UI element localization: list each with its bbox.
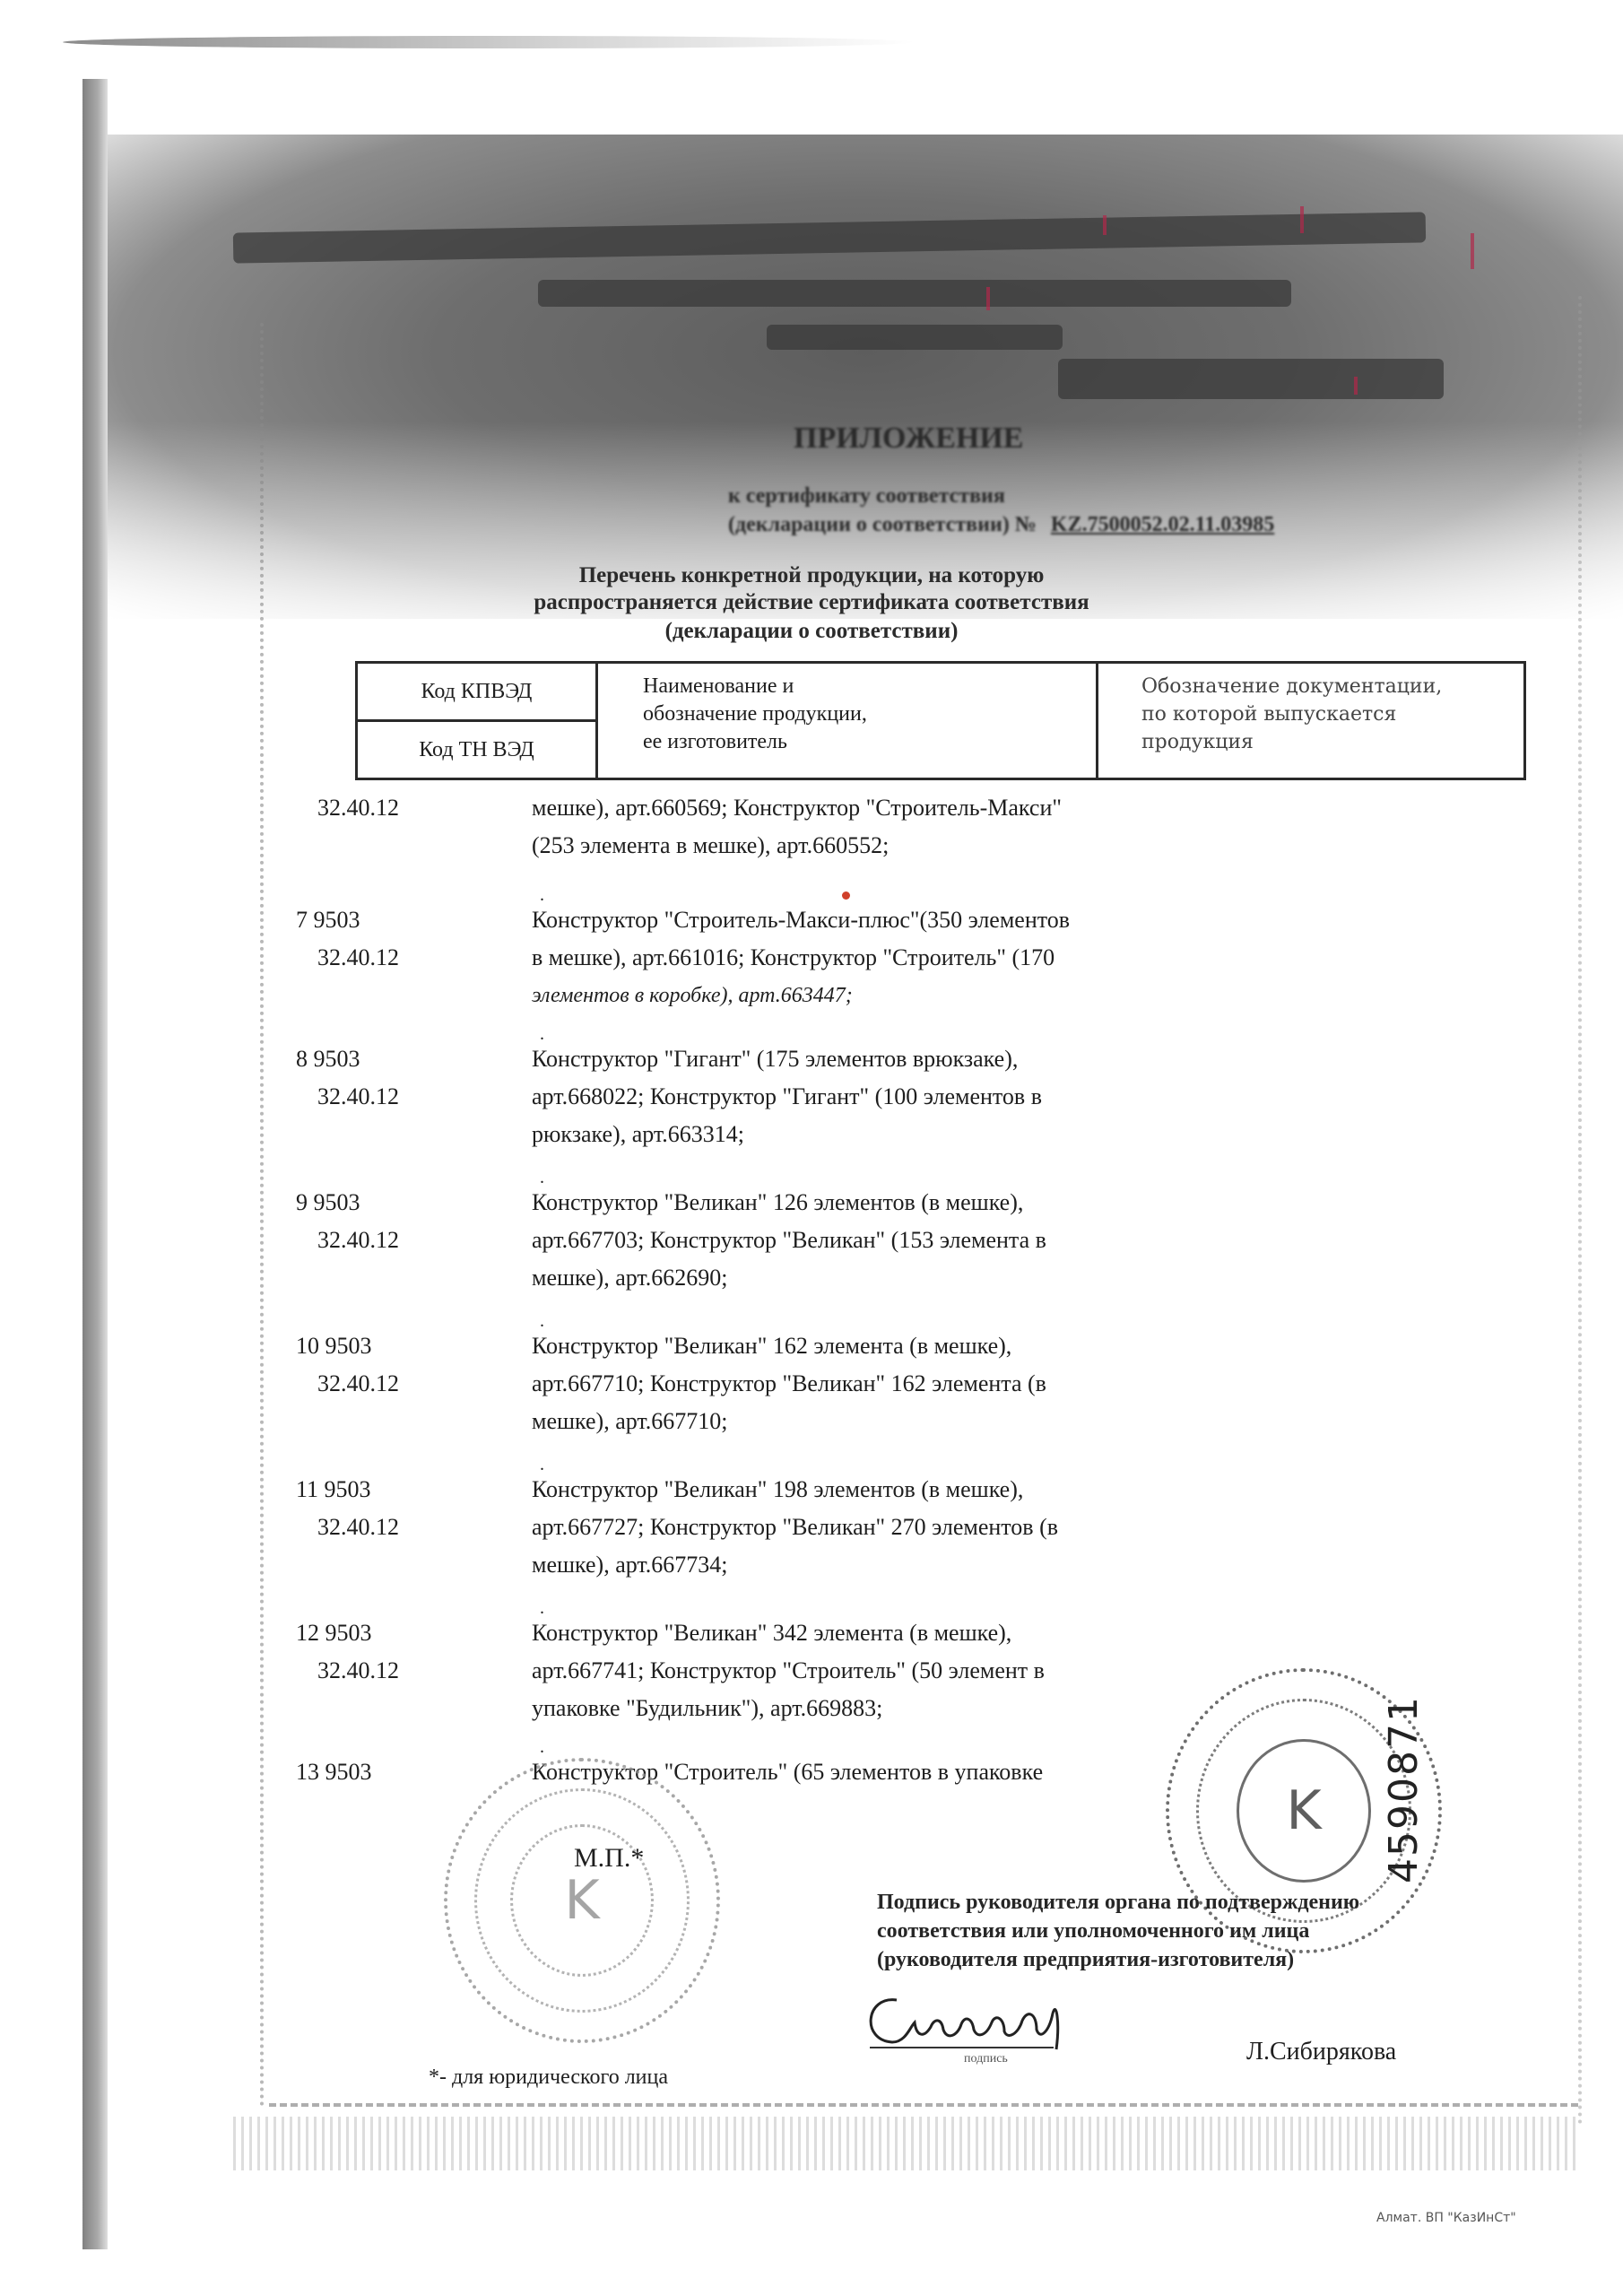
header-doc-line: продукция <box>1141 728 1523 756</box>
row-codes: 9 950332.40.12 <box>296 1184 493 1259</box>
red-ink-mark <box>1354 377 1358 395</box>
row-tn-ved-code: 32.40.12 <box>296 1509 493 1546</box>
certificate-ref-prefix: (декларации о соответствии) № <box>728 513 1037 536</box>
row-number-kpved: 10 9503 <box>296 1327 493 1365</box>
row-description: Конструктор "Строитель-Макси-плюс"(350 э… <box>532 901 1249 1014</box>
header-doc-line: по которой выпускается <box>1141 700 1523 728</box>
footnote: *- для юридического лица <box>429 2066 668 2090</box>
row-number-kpved: 9 9503 <box>296 1184 493 1222</box>
obscured-header-line-3 <box>767 325 1063 350</box>
list-title-line-3: (декларации о соответствии) <box>0 617 1623 645</box>
row-description-line: арт.667710; Конструктор "Великан" 162 эл… <box>532 1365 1249 1403</box>
row-description-line: арт.668022; Конструктор "Гигант" (100 эл… <box>532 1078 1249 1116</box>
seal-placeholder-label: М.П.* <box>574 1843 644 1874</box>
row-description-line: Конструктор "Строитель-Макси-плюс"(350 э… <box>532 901 1249 939</box>
row-codes: 32.40.12 <box>296 789 493 827</box>
left-seal-stamp: K <box>444 1758 720 2043</box>
row-codes: 13 9503 <box>296 1753 493 1791</box>
header-product-line: обозначение продукции, <box>643 700 1096 728</box>
row-description: Конструктор "Великан" 162 элемента (в ме… <box>532 1327 1249 1440</box>
signer-name: Л.Сибирякова <box>1246 2038 1396 2066</box>
obscured-stamp-number <box>1058 359 1444 399</box>
row-description: Конструктор "Великан" 198 элементов (в м… <box>532 1471 1249 1584</box>
row-tn-ved-code: 32.40.12 <box>296 1652 493 1690</box>
row-number-kpved: 7 9503 <box>296 901 493 939</box>
row-number-kpved: 12 9503 <box>296 1614 493 1652</box>
header-codes-cell: Код КПВЭД Код ТН ВЭД <box>357 663 597 779</box>
row-description-line: мешке), арт.667710; <box>532 1403 1249 1440</box>
row-description: Конструктор "Гигант" (175 элементов врюк… <box>532 1040 1249 1153</box>
row-description-line: арт.667703; Конструктор "Великан" (153 э… <box>532 1222 1249 1259</box>
red-ink-mark <box>1471 233 1474 269</box>
row-codes: 12 950332.40.12 <box>296 1614 493 1690</box>
row-description-line: арт.667741; Конструктор "Строитель" (50 … <box>532 1652 1249 1690</box>
row-codes: 10 950332.40.12 <box>296 1327 493 1403</box>
row-description-line: Конструктор "Великан" 162 элемента (в ме… <box>532 1327 1249 1365</box>
row-description-line: мешке), арт.667734; <box>532 1546 1249 1584</box>
row-description: Конструктор "Великан" 342 элемента (в ме… <box>532 1614 1249 1727</box>
header-documentation: Обозначение документации, по которой вып… <box>1098 663 1525 779</box>
stamp-k-emblem-icon: K <box>1286 1779 1321 1842</box>
row-tn-ved-code: 32.40.12 <box>296 1078 493 1116</box>
printer-note: Алмат. ВП "КазИнСт" <box>1376 2211 1516 2225</box>
row-codes: 11 950332.40.12 <box>296 1471 493 1546</box>
handwritten-signature <box>861 1987 1148 2058</box>
scan-smudge <box>63 36 915 48</box>
signature-block-line: (руководителя предприятия-изготовителя) <box>877 1945 1359 1974</box>
red-ink-mark <box>1103 215 1107 235</box>
page-edge-shadow <box>82 79 108 2249</box>
product-table-header: Код КПВЭД Код ТН ВЭД Наименование и обоз… <box>355 661 1526 780</box>
header-kpved: Код КПВЭД <box>358 664 595 722</box>
signature-block-line: Подпись руководителя органа по подтвержд… <box>877 1888 1359 1917</box>
header-doc-line: Обозначение документации, <box>1141 673 1523 700</box>
row-description-line: в мешке), арт.661016; Конструктор "Строи… <box>532 939 1249 977</box>
row-description-line: рюкзаке), арт.663314; <box>532 1116 1249 1153</box>
decorative-border-bottom <box>269 2103 1578 2112</box>
signature-block: Подпись руководителя органа по подтвержд… <box>877 1888 1359 1974</box>
header-product-line: Наименование и <box>643 673 1096 700</box>
row-tn-ved-code: 32.40.12 <box>296 939 493 977</box>
row-description-line: элементов в коробке), арт.663447; <box>532 977 1249 1014</box>
decorative-border-pattern <box>233 2117 1578 2170</box>
row-description: Конструктор "Великан" 126 элементов (в м… <box>532 1184 1249 1297</box>
row-description-line: упаковке "Будильник"), арт.669883; <box>532 1690 1249 1727</box>
row-description-line: (253 элемента в мешке), арт.660552; <box>532 827 1249 865</box>
row-codes: 7 950332.40.12 <box>296 901 493 977</box>
list-title-line-2: распространяется действие сертификата со… <box>0 588 1623 616</box>
row-codes: 8 950332.40.12 <box>296 1040 493 1116</box>
red-ink-dot <box>842 891 850 900</box>
certificate-number: KZ.7500052.02.11.03985 <box>1042 513 1274 536</box>
stamp-k-emblem-icon: K <box>564 1869 599 1932</box>
row-number-kpved: 8 9503 <box>296 1040 493 1078</box>
header-product-name: Наименование и обозначение продукции, ее… <box>597 663 1098 779</box>
certificate-ref-line-1: к сертификату соответствия <box>728 484 1005 509</box>
row-description-line: арт.667727; Конструктор "Великан" 270 эл… <box>532 1509 1249 1546</box>
form-serial-number: 4590871 <box>1381 1695 1427 1883</box>
red-ink-mark <box>1300 206 1304 233</box>
row-description-line: Конструктор "Великан" 126 элементов (в м… <box>532 1184 1249 1222</box>
row-description-line: Конструктор "Гигант" (175 элементов врюк… <box>532 1040 1249 1078</box>
row-description-line: мешке), арт.662690; <box>532 1259 1249 1297</box>
row-description-line: мешке), арт.660569; Конструктор "Строите… <box>532 789 1249 827</box>
header-product-line: ее изготовитель <box>643 728 1096 756</box>
row-number-kpved: 11 9503 <box>296 1471 493 1509</box>
row-description-line: Конструктор "Великан" 198 элементов (в м… <box>532 1471 1249 1509</box>
signature-caption: подпись <box>964 2052 1008 2066</box>
row-number-kpved: 13 9503 <box>296 1753 493 1791</box>
row-description: мешке), арт.660569; Конструктор "Строите… <box>532 789 1249 865</box>
row-tn-ved-code: 32.40.12 <box>296 1222 493 1259</box>
row-tn-ved-code: 32.40.12 <box>296 789 493 827</box>
red-ink-mark <box>986 287 990 310</box>
row-description-line: Конструктор "Великан" 342 элемента (в ме… <box>532 1614 1249 1652</box>
header-tn-ved: Код ТН ВЭД <box>358 722 595 778</box>
obscured-header-line-2 <box>538 280 1291 307</box>
signature-block-line: соответствия или уполномоченного им лица <box>877 1917 1359 1945</box>
annex-title: ПРИЛОЖЕНИЕ <box>794 422 1023 456</box>
row-tn-ved-code: 32.40.12 <box>296 1365 493 1403</box>
certificate-ref-line-2: (декларации о соответствии) № KZ.7500052… <box>728 513 1274 537</box>
list-title-line-1: Перечень конкретной продукции, на котору… <box>0 561 1623 589</box>
